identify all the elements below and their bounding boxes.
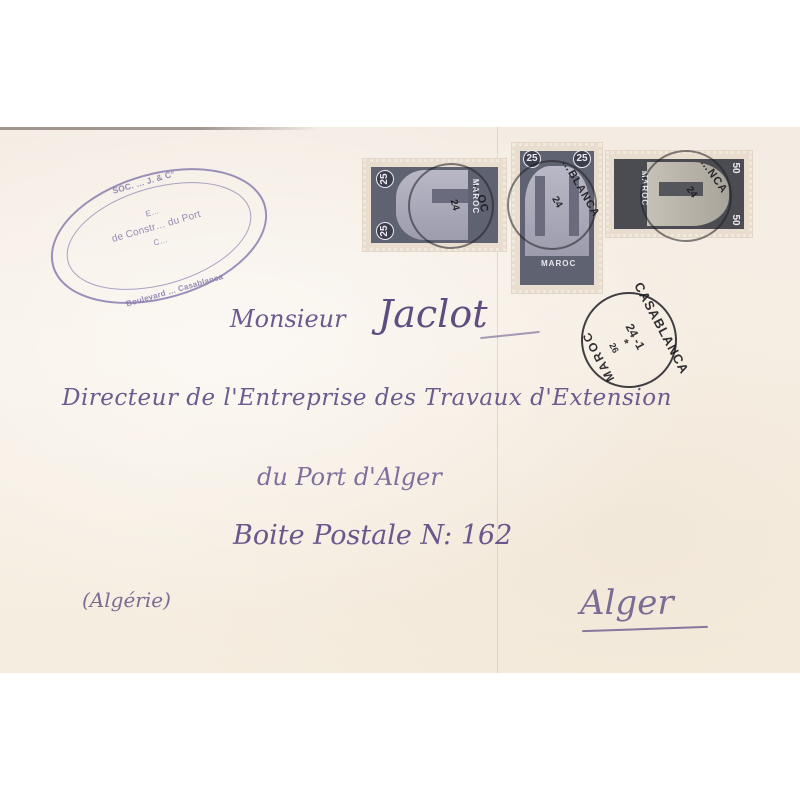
stamp-value: 25 xyxy=(376,222,394,240)
addressee-name: Jaclot xyxy=(378,292,487,336)
stamp-country: MAROC xyxy=(541,259,576,268)
postmark-date: 24 xyxy=(438,164,470,246)
stamp-value: 50 xyxy=(727,160,743,176)
address-line-po-box: Boite Postale N: 162 xyxy=(233,520,512,551)
stamp-value: 25 xyxy=(376,170,394,188)
address-line-director: Directeur de l'Entreprise des Travaux d'… xyxy=(62,385,672,411)
address-country-note: (Algérie) xyxy=(82,588,171,612)
address-salutation: Monsieur xyxy=(230,305,346,333)
address-city: Alger xyxy=(580,583,674,623)
address-line-port: du Port d'Alger xyxy=(257,463,442,491)
stamp-value: 25 xyxy=(573,150,591,168)
